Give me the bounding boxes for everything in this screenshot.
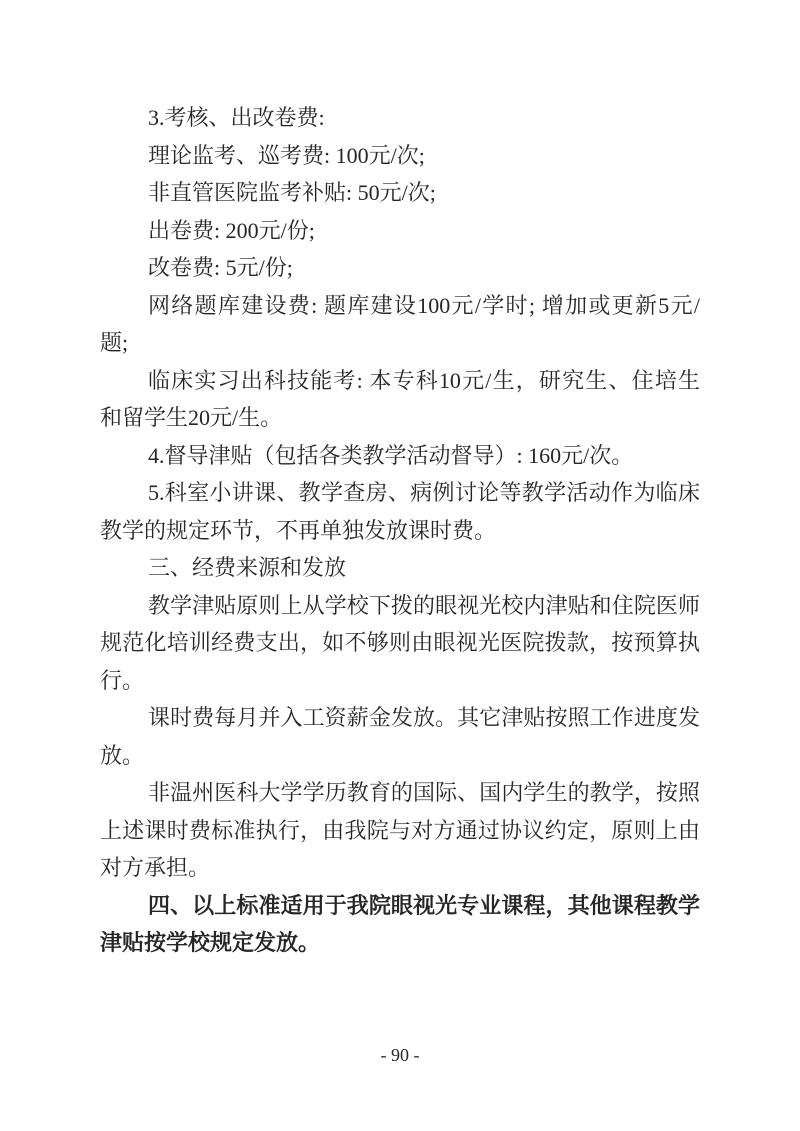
document-line: 三、经费来源和发放 xyxy=(100,549,700,587)
document-line: 规范化培训经费支出，如不够则由眼视光医院拨款，按预算执 xyxy=(100,624,700,662)
document-page: 3.考核、出改卷费: 理论监考、巡考费: 100元/次; 非直管医院监考补贴: … xyxy=(0,0,800,1131)
document-line: 津贴按学校规定发放。 xyxy=(100,924,700,962)
document-line: 课时费每月并入工资薪金发放。其它津贴按照工作进度发 xyxy=(100,699,700,737)
document-line: 4.督导津贴（包括各类教学活动督导）: 160元/次。 xyxy=(100,437,700,475)
document-line: 临床实习出科技能考: 本专科10元/生，研究生、住培生 xyxy=(100,362,700,400)
document-line: 3.考核、出改卷费: xyxy=(100,99,700,137)
page-number: - 90 - xyxy=(0,1043,800,1067)
document-line: 放。 xyxy=(100,737,700,775)
document-line: 非直管医院监考补贴: 50元/次; xyxy=(100,174,700,212)
document-line: 题; xyxy=(100,324,700,362)
document-line: 网络题库建设费: 题库建设100元/学时; 增加或更新5元/ xyxy=(100,287,700,325)
document-line: 5.科室小讲课、教学查房、病例讨论等教学活动作为临床 xyxy=(100,474,700,512)
document-body: 3.考核、出改卷费: 理论监考、巡考费: 100元/次; 非直管医院监考补贴: … xyxy=(100,99,700,962)
document-line: 非温州医科大学学历教育的国际、国内学生的教学，按照 xyxy=(100,774,700,812)
document-line: 教学的规定环节，不再单独发放课时费。 xyxy=(100,512,700,550)
document-line: 改卷费: 5元/份; xyxy=(100,249,700,287)
document-line: 对方承担。 xyxy=(100,849,700,887)
document-line: 四、以上标准适用于我院眼视光专业课程，其他课程教学 xyxy=(100,887,700,925)
document-line: 和留学生20元/生。 xyxy=(100,399,700,437)
document-line: 行。 xyxy=(100,662,700,700)
document-line: 上述课时费标准执行，由我院与对方通过协议约定，原则上由 xyxy=(100,812,700,850)
document-line: 理论监考、巡考费: 100元/次; xyxy=(100,137,700,175)
document-line: 出卷费: 200元/份; xyxy=(100,212,700,250)
document-line: 教学津贴原则上从学校下拨的眼视光校内津贴和住院医师 xyxy=(100,587,700,625)
